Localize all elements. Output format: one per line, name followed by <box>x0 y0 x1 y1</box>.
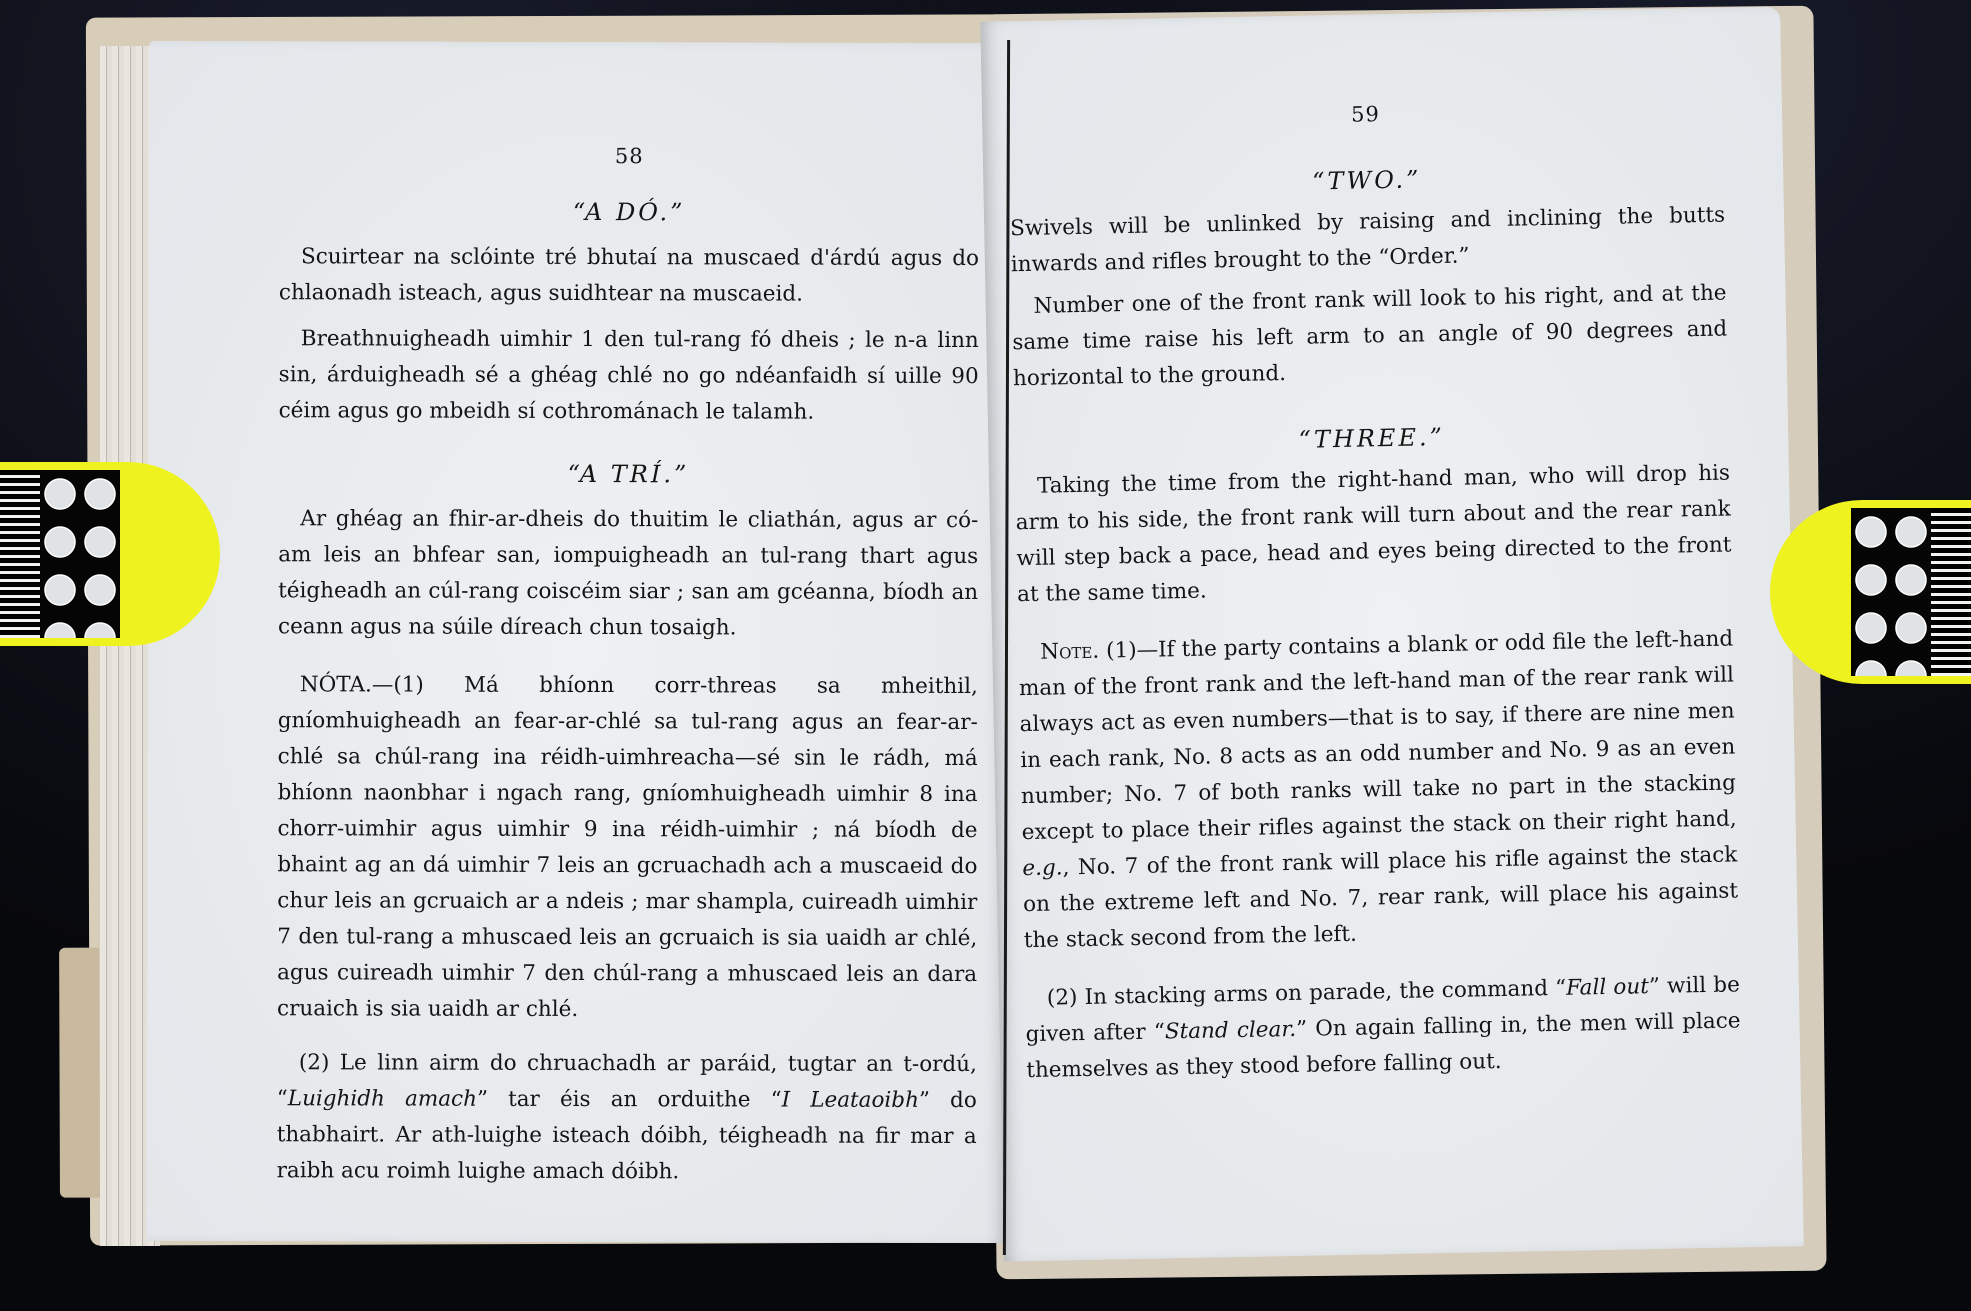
page-number: 58 <box>279 143 979 169</box>
note-paragraph-1: NÓTA.—(1) Má bhíonn corr-threas sa mheit… <box>277 667 978 1029</box>
paragraph: Breathnuigheadh uimhir 1 den tul-rang fó… <box>279 321 979 431</box>
note-paragraph-2: (2) In stacking arms on parade, the comm… <box>1025 967 1742 1089</box>
command-italic: Luighidh amach <box>288 1086 477 1111</box>
cover-flap <box>59 948 100 1198</box>
note-text: (1)—If the party contains a blank or odd… <box>1019 626 1737 845</box>
page-right: 59 “TWO.” Swivels will be unlinked by ra… <box>980 6 1804 1261</box>
dot-pattern <box>40 470 120 638</box>
note-text: , No. 7 of the front rank will place his… <box>1023 842 1738 953</box>
note-label: Note. <box>1040 639 1099 665</box>
note-text: —(1) Má bhíonn corr-threas sa mheithil, … <box>277 672 978 1022</box>
command-italic: Fall out <box>1566 974 1649 1001</box>
stripe-pattern <box>0 470 40 638</box>
section-heading: “A DÓ.” <box>279 197 979 227</box>
note-label: NÓTA. <box>300 672 372 697</box>
dot-pattern <box>1851 508 1931 676</box>
section-heading: “A TRÍ.” <box>278 459 978 489</box>
note-paragraph-2: (2) Le linn airm do chruachadh ar paráid… <box>277 1045 977 1191</box>
command-italic: I Leataoibh <box>782 1088 919 1113</box>
paragraph: Taking the time from the right-hand man,… <box>1015 455 1733 613</box>
paragraph: Ar ghéag an fhir-ar-dheis do thuitim le … <box>278 501 978 647</box>
note-text: ” tar éis an orduithe “ <box>477 1087 782 1113</box>
paragraph: Scuirtear na sclóinte tré bhutaí na musc… <box>279 239 979 313</box>
page-left: 58 “A DÓ.” Scuirtear na sclóinte tré bhu… <box>146 41 1009 1243</box>
stripe-pattern <box>1931 508 1971 676</box>
abbrev-italic: e.g. <box>1022 855 1063 881</box>
open-book: 58 “A DÓ.” Scuirtear na sclóinte tré bhu… <box>0 0 1971 1311</box>
note-paragraph-1: Note. (1)—If the party contains a blank … <box>1018 621 1739 959</box>
section-heading: “TWO.” <box>1009 160 1724 202</box>
page-clip-right <box>1770 500 1971 684</box>
section-heading: “THREE.” <box>1014 417 1729 459</box>
paragraph: Swivels will be unlinked by raising and … <box>1010 198 1726 284</box>
command-italic: Stand clear. <box>1165 1017 1297 1045</box>
paragraph: Number one of the front rank will look t… <box>1011 276 1728 398</box>
page-number: 59 <box>1008 96 1723 134</box>
note-text: (2) In stacking arms on parade, the comm… <box>1047 976 1567 1011</box>
page-clip-left <box>0 462 220 646</box>
